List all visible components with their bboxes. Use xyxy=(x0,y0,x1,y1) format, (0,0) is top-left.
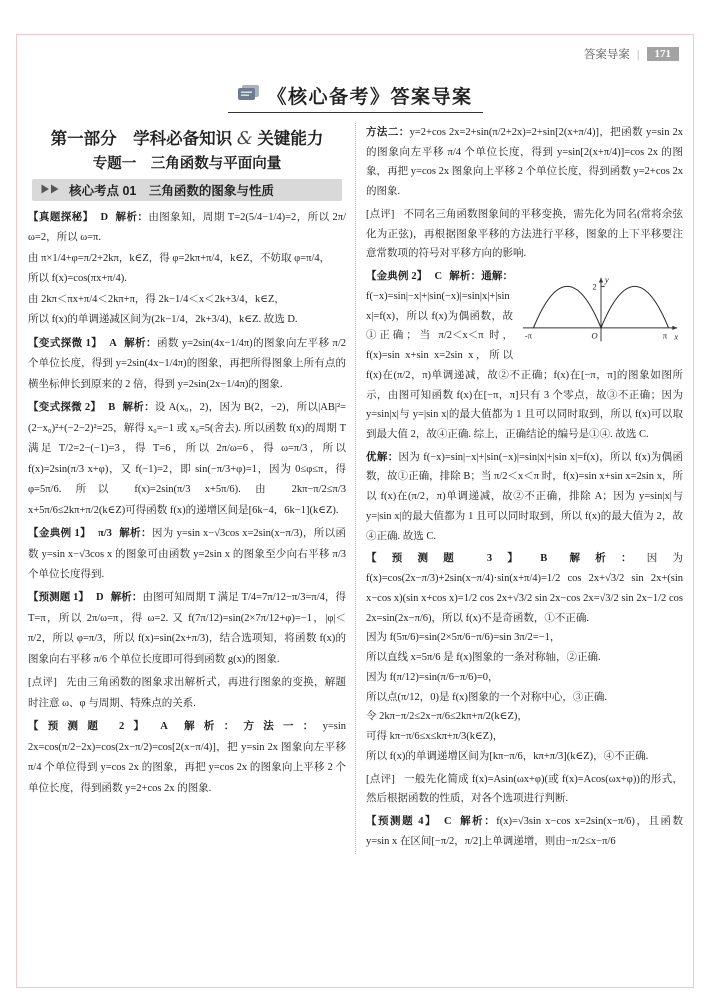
analysis-line: 所以 f(x)的单调递减区间为(2k−1/4，2k+3/4)，k∈Z. 故选 D… xyxy=(28,310,346,330)
part-heading-text2: 关键能力 xyxy=(257,130,323,148)
analysis-text: 因为 f(−x)=sin|−x|+|sin(−x)|=sin|x|+|sin x… xyxy=(366,452,683,542)
analysis-lead: 解析： xyxy=(459,816,497,827)
analysis-lead: 解析： xyxy=(449,271,481,282)
section-label: 答案导案 xyxy=(584,46,630,62)
topic-heading: 专题一 三角函数与平面向量 xyxy=(28,152,346,173)
answer-paragraph: 【变式探微 1】A解析：函数 y=2sin(4x−1/4π)的图象向左平移 π/… xyxy=(28,334,346,395)
analysis-line: 令 2kπ−π/2≤2x−π/6≤2kπ+π/2(k∈Z)， xyxy=(366,707,683,727)
column-right: 方法二：y=2+cos 2x=2+sin(π/2+2x)=2+sin[2(x+π… xyxy=(355,123,683,854)
answer-letter: B xyxy=(101,402,122,413)
item-label: 【预测题 2】 xyxy=(28,721,153,732)
answer-letter: D xyxy=(94,212,116,223)
graph-y-label: y xyxy=(604,275,609,285)
comment-text: 先由三角函数的图象求出解析式，再进行图象的变换，解题时注意 ω、φ 与周期、特殊… xyxy=(28,677,346,708)
comment-text: 不同名三角函数图象间的平移变换，需先化为同名(常将余弦化为正弦)，再根据图象平移… xyxy=(366,209,683,259)
graph-xmax-label: π xyxy=(663,331,668,341)
item-label: 【变式探微 1】 xyxy=(28,338,102,349)
comment-label: [点评] xyxy=(366,209,394,220)
analysis-line: 由 2kπ＜πx+π/4＜2kπ+π，得 2k−1/4＜x＜2k+3/4，k∈Z… xyxy=(28,290,346,310)
answer-paragraph: 【预测题 1】D解析：由图可知周期 T 满足 T/4=7π/12−π/3=π/4… xyxy=(28,588,346,670)
double-arrow-icon xyxy=(41,183,60,197)
method-label: 方法二： xyxy=(366,127,410,138)
analysis-line: 可得 kπ−π/6≤x≤kπ+π/3(k∈Z)， xyxy=(366,727,683,747)
ampersand-ornament: & xyxy=(237,128,253,149)
keypoint-label: 核心考点 01 三角函数的图象与性质 xyxy=(69,181,274,199)
answer-paragraph: 【变式探微 2】B解析：设 A(x₀，2)，因为 B(2，−2)，所以|AB|²… xyxy=(28,398,346,521)
part-heading-text: 第一部分 学科必备知识 xyxy=(51,130,233,148)
analysis-lead: 解析： xyxy=(111,592,143,603)
column-left: 第一部分 学科必备知识 & 关键能力 专题一 三角函数与平面向量 核心考点 01… xyxy=(28,123,346,854)
comment-label: [点评] xyxy=(28,677,57,688)
answer-letter: A xyxy=(102,338,124,349)
answer-paragraph: 方法二：y=2+cos 2x=2+sin(π/2+2x)=2+sin[2(x+π… xyxy=(366,123,683,202)
comment-label: [点评] xyxy=(366,774,395,785)
item-label: 【变式探微 2】 xyxy=(28,402,101,413)
answer-paragraph: 【预测题 2】A解析：方法一：y=sin 2x=cos(π/2−2x)=cos(… xyxy=(28,717,346,799)
answer-paragraph: 【真题探秘】D解析：由图象知，周期 T=2(5/4−1/4)=2，所以 2π/ω… xyxy=(28,208,346,331)
item-label: 【预测题 1】 xyxy=(28,592,89,603)
answer-letter: π/3 xyxy=(91,528,119,539)
item-label: 【金典例 1】 xyxy=(28,528,91,539)
answer-paragraph: 【金典例 1】π/3解析：因为 y=sin x−√3cos x=2sin(x−π… xyxy=(28,524,346,585)
analysis-lead: 解析： xyxy=(115,212,148,223)
item-label: 【金典例 2】 xyxy=(366,271,427,282)
analysis-line: 所以直线 x=5π/6 是 f(x)图象的一条对称轴，②正确. xyxy=(366,648,683,668)
method-label: 通解： xyxy=(481,271,513,282)
analysis-line: 因为 f(5π/6)=sin(2×5π/6−π/6)=sin 3π/2=−1， xyxy=(366,628,683,648)
comment-paragraph: [点评]先由三角函数的图象求出解析式，再进行图象的变换，解题时注意 ω、φ 与周… xyxy=(28,673,346,714)
graph-origin-label: O xyxy=(591,331,598,341)
function-graph: y x O -π π 2 xyxy=(519,270,683,347)
answer-paragraph: 【预测题 4】C解析：f(x)=√3sin x−cos x=2sin(x−π/6… xyxy=(366,812,683,851)
answer-paragraph: 【预测题 3】B解析：因为 f(x)=cos(2x−π/3)+2sin(x−π/… xyxy=(366,549,683,766)
analysis-text: 设 A(x₀，2)，因为 B(2，−2)，所以|AB|²=(2−x₀)²+(−2… xyxy=(28,402,346,515)
analysis-line: 所以 f(x)=cos(πx+π/4). xyxy=(28,269,346,289)
analysis-lead: 解析： xyxy=(554,553,647,564)
method-label: 优解： xyxy=(366,452,399,463)
masthead: 《核心备考》答案导案 xyxy=(228,82,482,113)
answer-letter: C xyxy=(427,271,449,282)
item-label: 【预测题 3】 xyxy=(366,553,533,564)
analysis-lead: 解析： xyxy=(124,338,157,349)
answer-letter: A xyxy=(153,721,175,732)
item-label: 【真题探秘】 xyxy=(28,212,94,223)
book-icon xyxy=(238,85,260,106)
answer-paragraph: 优解：因为 f(−x)=sin|−x|+|sin(−x)|=sin|x|+|si… xyxy=(366,448,683,547)
header-divider: | xyxy=(637,46,640,62)
comment-text: 一般先化简成 f(x)=Asin(ωx+φ)(或 f(x)=Acos(ωx+φ)… xyxy=(366,774,683,805)
comment-paragraph: [点评]一般先化简成 f(x)=Asin(ωx+φ)(或 f(x)=Acos(ω… xyxy=(366,770,683,809)
analysis-lead: 解析： xyxy=(175,721,244,732)
running-head: 答案导案 | 171 xyxy=(584,46,679,62)
page-title: 《核心备考》答案导案 xyxy=(267,82,472,109)
analysis-line: 因为 f(π/12)=sin(π/6−π/6)=0， xyxy=(366,668,683,688)
keypoint-bar: 核心考点 01 三角函数的图象与性质 xyxy=(32,179,342,201)
method-label: 方法一： xyxy=(243,721,322,732)
analysis-lead: 解析： xyxy=(122,402,155,413)
page-number: 171 xyxy=(647,47,680,61)
analysis-text: y=2+cos 2x=2+sin(π/2+2x)=2+sin[2(x+π/4)]… xyxy=(366,127,683,197)
graph-x-label: x xyxy=(673,332,678,342)
answer-letter: D xyxy=(89,592,111,603)
item-label: 【预测题 4】 xyxy=(366,816,437,827)
answer-letter: B xyxy=(533,553,554,564)
answer-paragraph: y x O -π π 2 【金典例 2】C解析：通解：f(−x)=sin|−x|… xyxy=(366,267,683,445)
part-heading: 第一部分 学科必备知识 & 关键能力 xyxy=(28,125,346,149)
graph-xmin-label: -π xyxy=(525,331,533,341)
analysis-line: 所以 f(x)的单调递增区间为[kπ−π/6，kπ+π/3](k∈Z)，④不正确… xyxy=(366,747,683,767)
analysis-line: 由 π×1/4+φ=π/2+2kπ，k∈Z，得 φ=2kπ+π/4，k∈Z，不妨… xyxy=(28,249,346,269)
analysis-line: 所以点(π/12，0)是 f(x)图象的一个对称中心，③正确. xyxy=(366,688,683,708)
answer-letter: C xyxy=(437,816,459,827)
graph-ytick-label: 2 xyxy=(592,281,596,291)
analysis-lead: 解析： xyxy=(119,528,152,539)
two-column-body: 第一部分 学科必备知识 & 关键能力 专题一 三角函数与平面向量 核心考点 01… xyxy=(28,123,683,854)
page-content: 《核心备考》答案导案 第一部分 学科必备知识 & 关键能力 专题一 三角函数与平… xyxy=(28,82,683,854)
comment-paragraph: [点评]不同名三角函数图象间的平移变换，需先化为同名(常将余弦化为正弦)，再根据… xyxy=(366,205,683,264)
